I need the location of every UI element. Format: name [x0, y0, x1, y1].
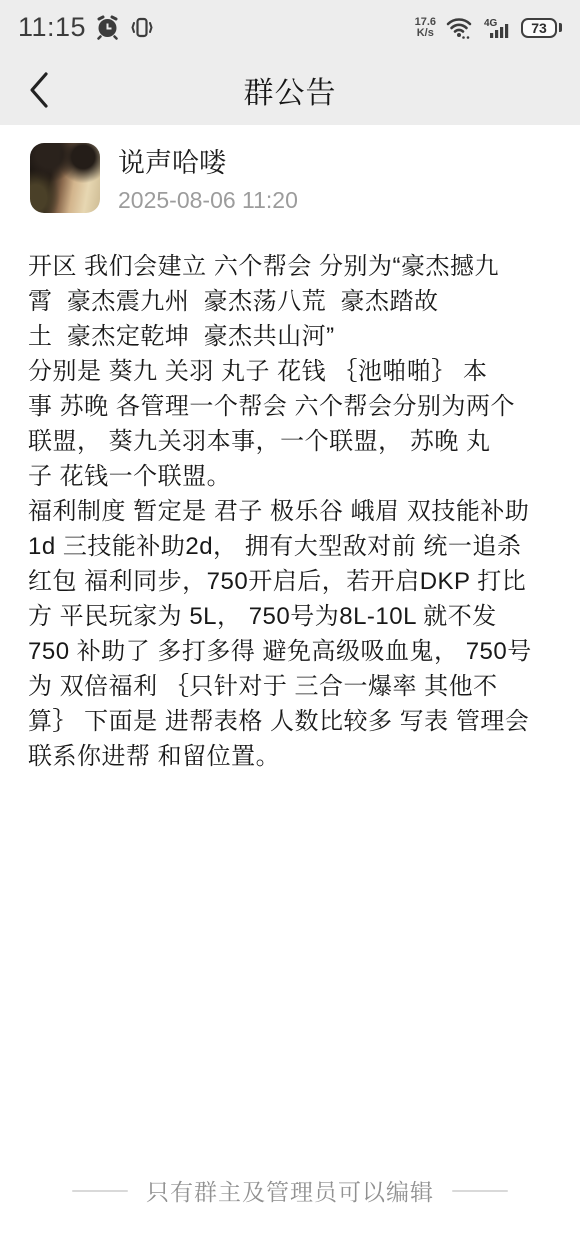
network-speed-value: 17.6: [415, 17, 436, 28]
chevron-left-icon: [28, 71, 50, 109]
network-speed-unit: K/s: [417, 28, 434, 39]
nav-header: 群公告: [0, 55, 580, 125]
footer-note: 只有群主及管理员可以编辑: [146, 1174, 434, 1207]
battery-percent: 73: [531, 20, 547, 36]
announcement-card: 说声哈喽 2025-08-06 11:20 开区 我们会建立 六个帮会 分别为“…: [0, 125, 580, 1257]
author-meta: 说声哈喽 2025-08-06 11:20: [118, 143, 298, 213]
battery-body: 73: [521, 18, 557, 38]
footer: 只有群主及管理员可以编辑: [0, 1174, 580, 1207]
status-bar-left: 11:15: [18, 12, 155, 43]
battery-icon: 73: [521, 18, 562, 38]
page-title: 群公告: [244, 68, 337, 112]
announcement-body: 开区 我们会建立 六个帮会 分别为“豪杰撼九 霄 豪杰震九州 豪杰荡八荒 豪杰踏…: [0, 213, 580, 774]
vibrate-icon: [129, 15, 155, 40]
author-row: 说声哈喽 2025-08-06 11:20: [0, 125, 580, 213]
signal-bars-icon: 4G: [482, 16, 512, 40]
network-type-glyph: 4G: [484, 18, 498, 29]
post-timestamp: 2025-08-06 11:20: [118, 187, 298, 213]
author-name: 说声哈喽: [118, 147, 298, 179]
battery-nub: [559, 23, 562, 32]
wifi-icon: [445, 16, 473, 40]
alarm-clock-icon: [95, 15, 120, 40]
network-speed: 17.6 K/s: [415, 17, 436, 39]
clock-time: 11:15: [18, 12, 86, 43]
footer-divider-right: [452, 1190, 508, 1192]
footer-divider-left: [72, 1190, 128, 1192]
back-button[interactable]: [14, 55, 64, 125]
status-bar: 11:15 17.6 K/s: [0, 0, 580, 55]
status-bar-right: 17.6 K/s 4G 73: [415, 16, 562, 40]
avatar[interactable]: [30, 143, 100, 213]
